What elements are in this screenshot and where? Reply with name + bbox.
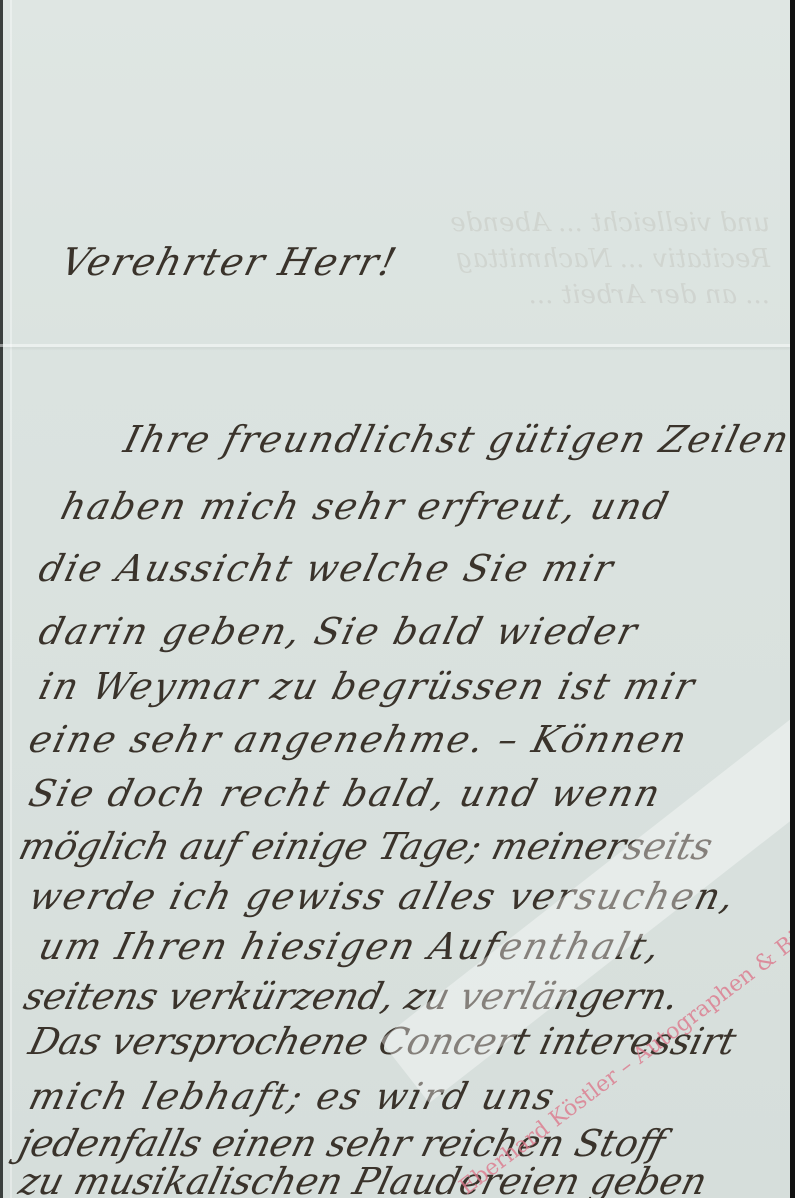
letter-line: zu musikalischen Plaudereien geben	[15, 1160, 712, 1198]
letter-line: Ihre freundlichst gütigen Zeilen	[120, 418, 790, 461]
letter-page: und vielleicht ... Abende Recitativ ... …	[0, 0, 790, 1198]
letter-line: jedenfalls einen sehr reichen Stoff	[15, 1122, 670, 1165]
letter-line: mich lebhaft; es wird uns	[25, 1075, 561, 1118]
letter-line: Sie doch recht bald, und wenn	[25, 772, 667, 815]
letter-line: die Aussicht welche Sie mir	[35, 547, 620, 590]
margin-crease	[10, 0, 12, 1198]
letter-line: darin geben, Sie bald wieder	[35, 610, 644, 653]
letter-line: in Weymar zu begrüssen ist mir	[35, 665, 701, 708]
image-right-border	[790, 0, 795, 1198]
letter-line: haben mich sehr erfreut, und	[57, 485, 675, 528]
letter-line: eine sehr angenehme. – Können	[25, 718, 693, 761]
page-left-edge	[0, 0, 3, 1198]
salutation: Verehrter Herr!	[57, 240, 403, 284]
paper-fold-line	[0, 344, 790, 347]
